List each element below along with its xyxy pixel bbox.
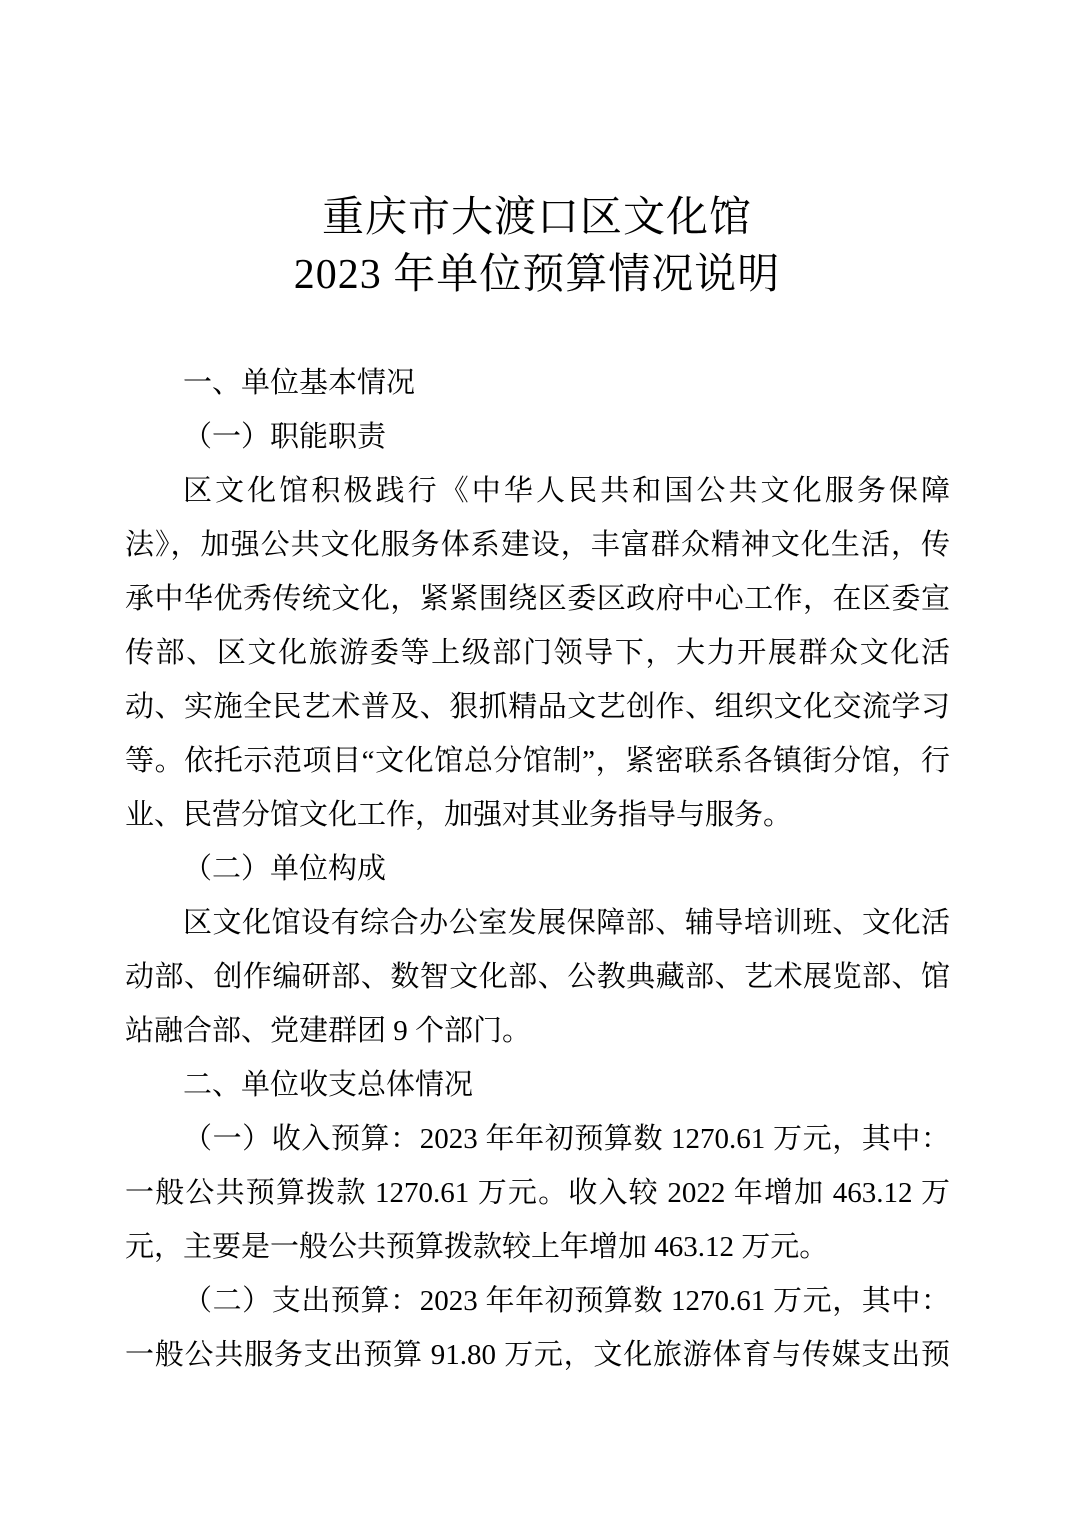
document-page: 重庆市大渡口区文化馆 2023 年单位预算情况说明 一、单位基本情况 （一）职能… bbox=[0, 0, 1074, 1520]
section-heading-duties: （一）职能职责 bbox=[125, 410, 950, 464]
document-title: 重庆市大渡口区文化馆 2023 年单位预算情况说明 bbox=[0, 0, 1074, 304]
paragraph-duties-description: 区文化馆积极践行《中华人民共和国公共文化服务保障法》，加强公共文化服务体系建设，… bbox=[125, 464, 950, 842]
paragraph-unit-composition: 区文化馆设有综合办公室发展保障部、辅导培训班、文化活动部、创作编研部、数智文化部… bbox=[125, 896, 950, 1058]
document-title-line-1: 重庆市大渡口区文化馆 bbox=[0, 190, 1074, 247]
section-heading-unit-composition: （二）单位构成 bbox=[125, 842, 950, 896]
section-heading-revenue-expenditure-overview: 二、单位收支总体情况 bbox=[125, 1058, 950, 1112]
paragraph-expenditure-budget: （二）支出预算：2023 年年初预算数 1270.61 万元，其中：一般公共服务… bbox=[125, 1274, 950, 1382]
section-heading-unit-basic-info: 一、单位基本情况 bbox=[125, 356, 950, 410]
document-title-line-2: 2023 年单位预算情况说明 bbox=[0, 247, 1074, 304]
document-body: 一、单位基本情况 （一）职能职责 区文化馆积极践行《中华人民共和国公共文化服务保… bbox=[125, 356, 950, 1382]
paragraph-income-budget: （一）收入预算：2023 年年初预算数 1270.61 万元，其中：一般公共预算… bbox=[125, 1112, 950, 1274]
